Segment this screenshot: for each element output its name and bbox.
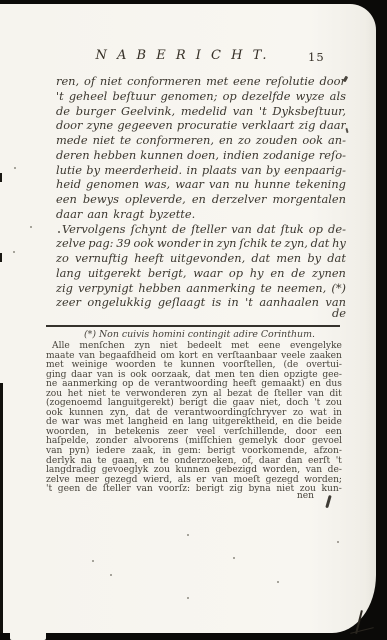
text-line: zovernuftigheeftuitgevonden,datmenbydat <box>56 251 346 266</box>
scan-edge-mark <box>0 173 2 182</box>
book-page-paper: N A B E R I C H T. 15 ren,ofnietconforme… <box>0 4 376 633</box>
text-line: lutiebymeerderheid.inplaatsvanbyeenpaari… <box>56 163 346 178</box>
footnote-line: zouhetnietteverwonderenzynalbezatdeſtell… <box>46 389 342 399</box>
text-line: zigverpynigthebbenaanmerkingteneemen,(*) <box>56 281 346 296</box>
ink-speck <box>233 557 235 559</box>
scan-edge-line <box>0 383 3 633</box>
footnote-line: ookkunnenzyn,datdeverantwoordingſchryver… <box>46 408 342 418</box>
text-line: deburgerGeelvink,medelidvan'tDyksbeſtuur… <box>56 104 346 119</box>
pen-slash-mark <box>325 495 331 508</box>
text-line: 'tgeheelbeſtuurgenomen;opdezelfdewyzeals <box>56 89 346 104</box>
text-line: Vervolgensſchyntdeſtellervandatſtukopde- <box>56 222 346 237</box>
footnote-line: neaanmerkingopdeverantwoordingheeftgemaa… <box>46 379 342 389</box>
text-line: zelvepag:39ookwonderinzynſchiktezyn,dath… <box>56 236 346 251</box>
ink-speck <box>277 581 279 583</box>
ink-speck <box>13 251 15 253</box>
text-line: ren,ofnietconformerenmeteenereſolutiedoo… <box>56 74 346 89</box>
ink-speck <box>58 231 60 233</box>
footnote-divider-rule <box>46 325 340 327</box>
scan-scratch <box>350 627 374 634</box>
footnote-line: gingdaarvanisookoorzaak,datmentendienopz… <box>46 370 342 380</box>
paper-corner-notch <box>10 628 46 640</box>
footnote-line: haſpelde,zonderalvoorens(miſſchiengemely… <box>46 436 342 446</box>
ink-speck <box>14 167 16 169</box>
footnote-line: woorden,inbetekeniszeerveelverſchillende… <box>46 427 342 437</box>
text-line: daaraankragtbyzette. <box>56 207 346 222</box>
ink-speck <box>92 560 94 562</box>
text-line: medenietteconformeren,enzozoudenookan- <box>56 133 346 148</box>
ink-speck <box>187 597 189 599</box>
footnote-line: maatevanbegaafdheidomkortenverſtaanbaarv… <box>46 351 342 361</box>
catchword-main: de <box>56 306 346 320</box>
footnote-line: zelvemeergezegdwierd,alservanmoeſtgezegd… <box>46 475 342 485</box>
page-title: N A B E R I C H T. <box>30 48 335 63</box>
footnote-line: dewarwasmetlangheidenlanguitgerektheid,e… <box>46 417 342 427</box>
footnote-heading: (*) Non cuivis homini contingit adire Co… <box>84 329 315 340</box>
footnote-line: metweinigewoordentekunnenvoorſtellen,(de… <box>46 360 342 370</box>
ink-mark <box>343 76 348 83</box>
text-line: derenhebbenkunnendoen,indienzodanigereſo… <box>56 148 346 163</box>
scan-edge-mark <box>0 253 2 262</box>
footnote-line: derlyknategaan,enteonderzoeken,of,daarda… <box>46 456 342 466</box>
text-line: languitgerektberigt,waarophyendezynen <box>56 266 346 281</box>
ink-speck <box>187 534 189 536</box>
main-text-block: ren,ofnietconformerenmeteenereſolutiedoo… <box>56 74 346 310</box>
catchword-footnote: nen <box>46 491 314 501</box>
ink-speck <box>110 574 112 576</box>
text-line: heidgenomenwas,waarvannuhunnetekening <box>56 177 346 192</box>
footnote-text-block: Allemenſchenzynnietbedeeltmeteeneevengel… <box>46 341 342 494</box>
footnote-line: langdradiggevoeglykzoukunnengebezigdword… <box>46 465 342 475</box>
footnote-line: (zogenoemdlanguitgerekt)berigtdiegaavnie… <box>46 398 342 408</box>
scanned-book-page-screenshot: N A B E R I C H T. 15 ren,ofnietconforme… <box>0 0 387 640</box>
text-line: doorzynegegeevenprocuratieverklaartzigda… <box>56 118 346 133</box>
ink-mark <box>345 128 348 133</box>
page-number: 15 <box>308 50 325 64</box>
ink-speck <box>30 226 32 228</box>
ink-speck <box>337 541 339 543</box>
footnote-line: vanpyn)iederezaak,ingem:berigtvoorkomend… <box>46 446 342 456</box>
text-line: eenbewysopleverde,enderzelvermorgentalen <box>56 192 346 207</box>
footnote-line: Allemenſchenzynnietbedeeltmeteeneevengel… <box>46 341 342 351</box>
